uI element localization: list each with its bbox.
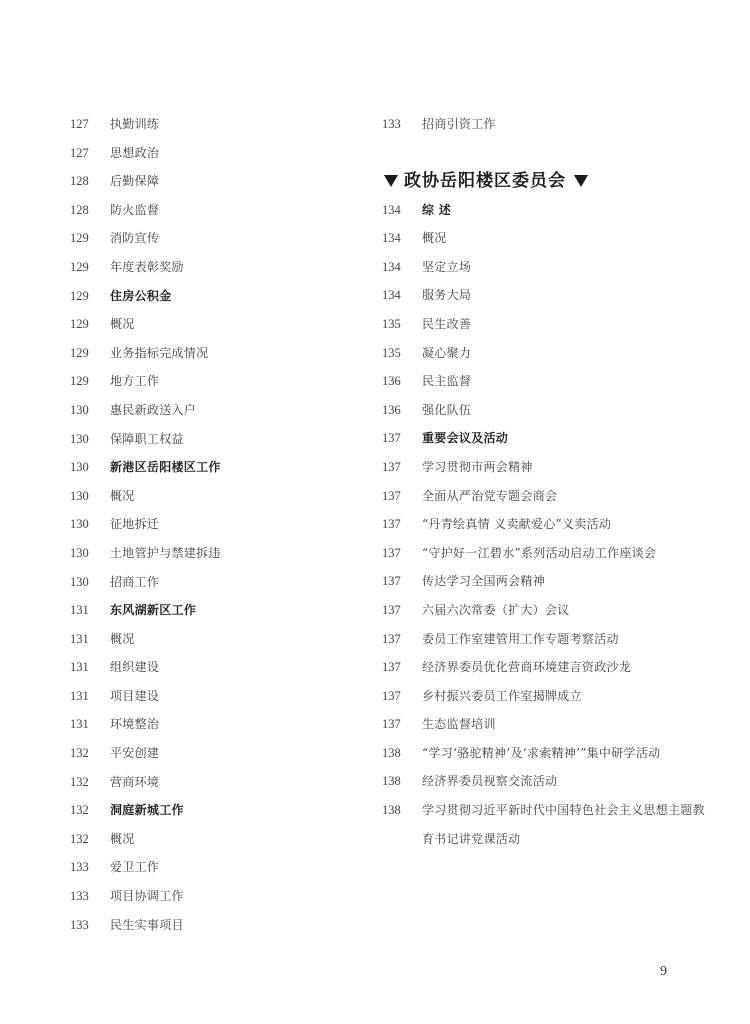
entry-page-number: 137 <box>382 539 422 568</box>
entry-page-number: 132 <box>70 768 110 797</box>
entry-title: 地方工作 <box>110 367 360 396</box>
toc-section-entry[interactable]: 130新港区岳阳楼区工作 <box>70 453 360 482</box>
entry-page-number: 137 <box>382 510 422 539</box>
entry-title: 概况 <box>110 625 360 654</box>
section-heading-text: 政协岳阳楼区委员会 <box>404 167 566 196</box>
toc-entry[interactable]: 133 招商引资工作 <box>382 110 712 139</box>
toc-entry[interactable]: 131项目建设 <box>70 682 360 711</box>
toc-entry[interactable]: 134概况 <box>382 224 712 253</box>
entry-title: 环境整治 <box>110 710 360 739</box>
toc-entry[interactable]: 134服务大局 <box>382 281 712 310</box>
entry-page-number: 137 <box>382 596 422 625</box>
toc-entry[interactable]: 127执勤训练 <box>70 110 360 139</box>
entry-page-number: 138 <box>382 796 422 825</box>
entry-title: 土地管护与禁建拆违 <box>110 539 360 568</box>
entry-page-number: 131 <box>70 625 110 654</box>
toc-entry[interactable]: 130保障职工权益 <box>70 425 360 454</box>
toc-section-entry[interactable]: 134综 述 <box>382 196 712 225</box>
toc-entry[interactable]: 132概况 <box>70 825 360 854</box>
toc-entry[interactable]: 130招商工作 <box>70 568 360 597</box>
entry-title: “守护好一江碧水”系列活动启动工作座谈会 <box>422 539 712 568</box>
entry-page-number: 137 <box>382 482 422 511</box>
entry-page-number: 130 <box>70 482 110 511</box>
entry-title: 委员工作室建管用工作专题考察活动 <box>422 625 712 654</box>
entry-page-number: 130 <box>70 568 110 597</box>
triangle-down-icon <box>574 175 588 187</box>
entry-page-number: 137 <box>382 710 422 739</box>
entry-title: 平安创建 <box>110 739 360 768</box>
entry-title: 东风湖新区工作 <box>110 596 360 625</box>
entry-title: 民生实事项目 <box>110 911 360 940</box>
toc-entry[interactable]: 137传达学习全国两会精神 <box>382 567 712 596</box>
toc-left-column: 127执勤训练127思想政治128后勤保障128防火监督129消防宣传129年度… <box>70 110 360 939</box>
entry-title: 执勤训练 <box>110 110 360 139</box>
entry-page-number: 137 <box>382 625 422 654</box>
entry-title: 惠民新政送入户 <box>110 396 360 425</box>
toc-entry[interactable]: 130征地拆迁 <box>70 510 360 539</box>
toc-entry[interactable]: 129业务指标完成情况 <box>70 339 360 368</box>
entry-title: 传达学习全国两会精神 <box>422 567 712 596</box>
toc-entry[interactable]: 136强化队伍 <box>382 396 712 425</box>
entry-page-number: 127 <box>70 139 110 168</box>
entry-title: 项目建设 <box>110 682 360 711</box>
entry-page-number: 131 <box>70 710 110 739</box>
entry-page-number: 133 <box>382 110 422 139</box>
entry-page-number: 128 <box>70 196 110 225</box>
toc-entry[interactable]: 133爱卫工作 <box>70 853 360 882</box>
entry-title: 坚定立场 <box>422 253 712 282</box>
toc-entry[interactable]: 134坚定立场 <box>382 253 712 282</box>
entry-page-number: 136 <box>382 367 422 396</box>
toc-entry[interactable]: 135民生改善 <box>382 310 712 339</box>
page-number: 9 <box>660 964 667 980</box>
entry-title: 招商引资工作 <box>422 110 712 139</box>
entry-title: 学习贯彻市两会精神 <box>422 453 712 482</box>
entry-page-number: 134 <box>382 253 422 282</box>
toc-entry[interactable]: 137学习贯彻市两会精神 <box>382 453 712 482</box>
entry-page-number: 132 <box>70 796 110 825</box>
entry-title: 综 述 <box>422 196 712 225</box>
entry-title: 征地拆迁 <box>110 510 360 539</box>
toc-entry[interactable]: 137六届六次常委（扩大）会议 <box>382 596 712 625</box>
entry-title: 服务大局 <box>422 281 712 310</box>
toc-section-entry[interactable]: 137重要会议及活动 <box>382 424 712 453</box>
entry-page-number: 130 <box>70 453 110 482</box>
document-page: 127执勤训练127思想政治128后勤保障128防火监督129消防宣传129年度… <box>0 0 750 1024</box>
entry-title: 新港区岳阳楼区工作 <box>110 453 360 482</box>
entry-title: 组织建设 <box>110 653 360 682</box>
entry-title: 消防宣传 <box>110 224 360 253</box>
toc-entry[interactable]: 131组织建设 <box>70 653 360 682</box>
entry-title: “丹青绘真情 义卖献爱心”义卖活动 <box>422 510 712 539</box>
toc-entry[interactable]: 133民生实事项目 <box>70 911 360 940</box>
entry-page-number: 129 <box>70 367 110 396</box>
toc-entry[interactable]: 136民主监督 <box>382 367 712 396</box>
toc-entry[interactable]: 130概况 <box>70 482 360 511</box>
entry-title: 防火监督 <box>110 196 360 225</box>
toc-entry[interactable]: 129消防宣传 <box>70 224 360 253</box>
toc-section-entry[interactable]: 131东风湖新区工作 <box>70 596 360 625</box>
entry-title: 项目协调工作 <box>110 882 360 911</box>
entry-title: 思想政治 <box>110 139 360 168</box>
entry-title: 招商工作 <box>110 568 360 597</box>
entry-page-number: 131 <box>70 596 110 625</box>
toc-entry[interactable]: 130惠民新政送入户 <box>70 396 360 425</box>
entry-title: 经济界委员视察交流活动 <box>422 767 712 796</box>
entry-page-number: 129 <box>70 282 110 311</box>
entry-page-number: 138 <box>382 767 422 796</box>
entry-title: 民主监督 <box>422 367 712 396</box>
toc-entry[interactable]: 137生态监督培训 <box>382 710 712 739</box>
entry-title: 经济界委员优化营商环境建言资政沙龙 <box>422 653 712 682</box>
entry-page-number: 132 <box>70 739 110 768</box>
entry-title: 爱卫工作 <box>110 853 360 882</box>
entry-page-number: 134 <box>382 281 422 310</box>
toc-entry[interactable]: 137全面从严治党专题会商会 <box>382 482 712 511</box>
toc-entry[interactable]: 138“学习‘骆驼精神’及‘求索精神’”集中研学活动 <box>382 739 712 768</box>
toc-entry[interactable]: 132营商环境 <box>70 768 360 797</box>
entry-title: 洞庭新城工作 <box>110 796 360 825</box>
entry-title: 学习贯彻习近平新时代中国特色社会主义思想主题教育书记讲党课活动 <box>422 796 712 853</box>
entry-page-number: 135 <box>382 339 422 368</box>
entry-title: 业务指标完成情况 <box>110 339 360 368</box>
entry-title: 营商环境 <box>110 768 360 797</box>
toc-entry[interactable]: 131概况 <box>70 625 360 654</box>
entry-page-number: 130 <box>70 539 110 568</box>
entry-page-number: 137 <box>382 682 422 711</box>
toc-entry[interactable]: 138学习贯彻习近平新时代中国特色社会主义思想主题教育书记讲党课活动 <box>382 796 712 853</box>
toc-entry[interactable]: 137“丹青绘真情 义卖献爱心”义卖活动 <box>382 510 712 539</box>
entry-title: 概况 <box>110 310 360 339</box>
entry-page-number: 129 <box>70 224 110 253</box>
entry-page-number: 133 <box>70 882 110 911</box>
entry-title: 强化队伍 <box>422 396 712 425</box>
entry-page-number: 137 <box>382 567 422 596</box>
toc-entry[interactable]: 132平安创建 <box>70 739 360 768</box>
toc-entry[interactable]: 128防火监督 <box>70 196 360 225</box>
toc-entry[interactable]: 133项目协调工作 <box>70 882 360 911</box>
toc-entry[interactable]: 137“守护好一江碧水”系列活动启动工作座谈会 <box>382 539 712 568</box>
entry-title: 民生改善 <box>422 310 712 339</box>
entry-title: 保障职工权益 <box>110 425 360 454</box>
toc-entry[interactable]: 128后勤保障 <box>70 167 360 196</box>
entry-page-number: 129 <box>70 310 110 339</box>
toc-entry[interactable]: 129年度表彰奖励 <box>70 253 360 282</box>
toc-entry[interactable]: 138经济界委员视察交流活动 <box>382 767 712 796</box>
entry-page-number: 129 <box>70 253 110 282</box>
entry-page-number: 131 <box>70 653 110 682</box>
entry-page-number: 136 <box>382 396 422 425</box>
entry-title: 年度表彰奖励 <box>110 253 360 282</box>
toc-section-entry[interactable]: 129住房公积金 <box>70 282 360 311</box>
toc-entry[interactable]: 129地方工作 <box>70 367 360 396</box>
entry-title: 全面从严治党专题会商会 <box>422 482 712 511</box>
triangle-down-icon <box>384 175 398 187</box>
entry-page-number: 132 <box>70 825 110 854</box>
entry-title: 乡村振兴委员工作室揭牌成立 <box>422 682 712 711</box>
toc-section-entry[interactable]: 132洞庭新城工作 <box>70 796 360 825</box>
entry-page-number: 129 <box>70 339 110 368</box>
toc-entry[interactable]: 137经济界委员优化营商环境建言资政沙龙 <box>382 653 712 682</box>
entry-page-number: 133 <box>70 853 110 882</box>
entry-page-number: 130 <box>70 510 110 539</box>
entry-page-number: 134 <box>382 196 422 225</box>
toc-right-column: 133 招商引资工作 政协岳阳楼区委员会 134综 述134概况134坚定立场1… <box>382 110 712 853</box>
toc-entry[interactable]: 127思想政治 <box>70 139 360 168</box>
entry-page-number: 133 <box>70 911 110 940</box>
entry-page-number: 137 <box>382 453 422 482</box>
toc-entry[interactable]: 135凝心聚力 <box>382 339 712 368</box>
entry-title: 后勤保障 <box>110 167 360 196</box>
entry-title: “学习‘骆驼精神’及‘求索精神’”集中研学活动 <box>422 739 712 768</box>
entry-title: 概况 <box>422 224 712 253</box>
toc-entry[interactable]: 131环境整治 <box>70 710 360 739</box>
entry-title: 概况 <box>110 482 360 511</box>
entry-title: 六届六次常委（扩大）会议 <box>422 596 712 625</box>
toc-entry[interactable]: 129概况 <box>70 310 360 339</box>
entry-title: 住房公积金 <box>110 282 360 311</box>
toc-entry[interactable]: 130土地管护与禁建拆违 <box>70 539 360 568</box>
toc-entry[interactable]: 137委员工作室建管用工作专题考察活动 <box>382 625 712 654</box>
entry-page-number: 137 <box>382 424 422 453</box>
entry-title: 重要会议及活动 <box>422 424 712 453</box>
entry-page-number: 135 <box>382 310 422 339</box>
entry-page-number: 130 <box>70 396 110 425</box>
entry-title: 概况 <box>110 825 360 854</box>
entry-page-number: 130 <box>70 425 110 454</box>
entry-page-number: 137 <box>382 653 422 682</box>
entry-page-number: 131 <box>70 682 110 711</box>
toc-entry[interactable]: 137乡村振兴委员工作室揭牌成立 <box>382 682 712 711</box>
entry-page-number: 134 <box>382 224 422 253</box>
entry-title: 生态监督培训 <box>422 710 712 739</box>
entry-title: 凝心聚力 <box>422 339 712 368</box>
entry-page-number: 128 <box>70 167 110 196</box>
entry-page-number: 138 <box>382 739 422 768</box>
entry-page-number: 127 <box>70 110 110 139</box>
section-heading: 政协岳阳楼区委员会 <box>382 167 712 196</box>
